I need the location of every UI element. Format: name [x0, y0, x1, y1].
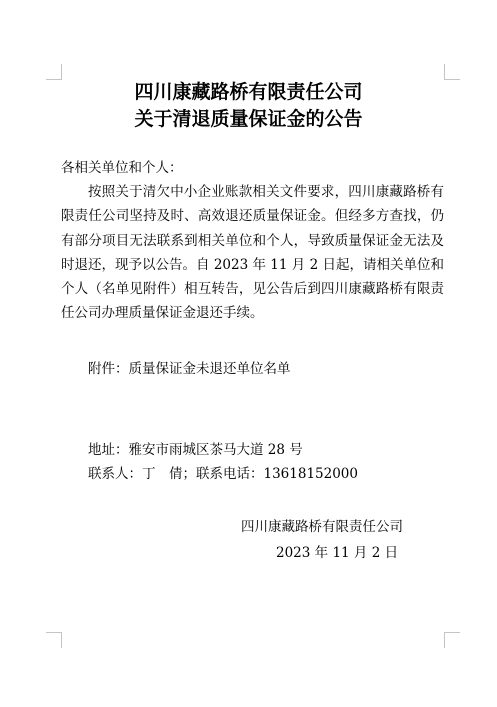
crop-mark-top-right-vertical: [444, 64, 445, 80]
address-line: 地址：雅安市雨城区茶马大道 28 号: [88, 438, 303, 458]
body-paragraph: 按照关于清欠中小企业账款相关文件要求，四川康藏路桥有限责任公司坚持及时、高效退还…: [61, 180, 444, 326]
crop-mark-bottom-left-vertical: [61, 632, 62, 648]
crop-mark-bottom-right-horizontal: [444, 632, 460, 633]
title-line-1: 四川康藏路桥有限责任公司: [0, 79, 497, 106]
crop-mark-bottom-right-vertical: [444, 632, 445, 648]
crop-mark-top-left-vertical: [61, 64, 62, 80]
crop-mark-bottom-left-horizontal: [46, 632, 62, 633]
salutation: 各相关单位和个人：: [61, 156, 444, 180]
signature-company: 四川康藏路桥有限责任公司: [241, 515, 403, 535]
title-line-2: 关于清退质量保证金的公告: [0, 106, 497, 133]
signature-date: 2023 年 11 月 2 日: [276, 541, 398, 561]
document-page: 四川康藏路桥有限责任公司 关于清退质量保证金的公告 各相关单位和个人： 按照关于…: [0, 0, 497, 707]
contact-line: 联系人：丁 倩；联系电话：13618152000: [88, 462, 358, 482]
attachment-line: 附件：质量保证金未退还单位名单: [88, 357, 291, 377]
document-title: 四川康藏路桥有限责任公司 关于清退质量保证金的公告: [0, 79, 497, 133]
